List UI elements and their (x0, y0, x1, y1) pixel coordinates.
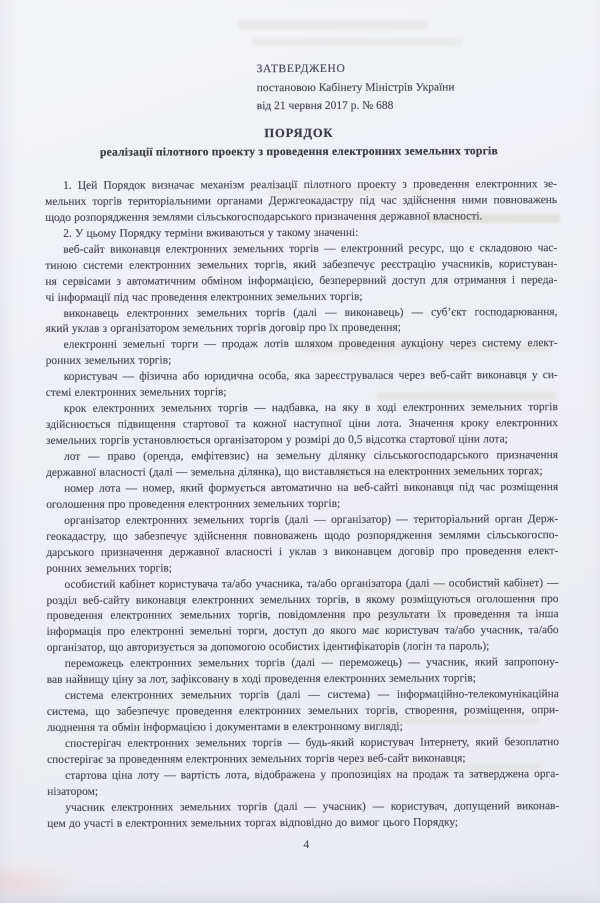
text-line: оголошення про проведення електронних зе… (46, 496, 558, 514)
text-line: виконавець електронних земельних торгів … (45, 305, 557, 323)
text-line: щодо розпорядження землями сільськогоспо… (45, 209, 557, 227)
text-line: переможець електронних земельних торгів … (47, 655, 559, 673)
text-line: учасник електронних земельних торгів (да… (47, 799, 559, 817)
paragraph: особистий кабінет користувача та/або уча… (46, 576, 558, 657)
text-line: ронних земельних торгів; (46, 352, 558, 370)
text-line: лот — право (оренда, емфітевзис) на земе… (46, 448, 558, 466)
text-line: 1. Цей Порядок визначає механізм реаліза… (45, 177, 557, 195)
paragraph: учасник електронних земельних торгів (да… (47, 799, 559, 833)
document-body: 1. Цей Порядок визначає механізм реаліза… (45, 177, 559, 832)
text-line: спостерігач електронних земельних торгів… (47, 735, 559, 753)
paragraph: організатор електронних земельних торгів… (46, 512, 558, 578)
document-subtitle: реалізації пілотного проекту з проведенн… (0, 144, 599, 159)
paragraph: виконавець електронних земельних торгів … (45, 305, 557, 339)
text-line: стартова ціна лоту — вартість лота, відо… (47, 767, 559, 785)
text-line: організатор електронних земельних торгів… (46, 512, 558, 530)
paragraph: лот — право (оренда, емфітевзис) на земе… (46, 448, 558, 482)
approval-date-number: від 21 червня 2017 р. № 688 (257, 96, 557, 116)
text-line: земельних торгів установлюється організа… (46, 432, 558, 450)
text-line: система електронних земельних торгів (да… (47, 687, 559, 705)
approval-word: ЗАТВЕРДЖЕНО (257, 59, 557, 79)
text-line: геокадастру, що забезпечує здійснення по… (46, 528, 558, 546)
text-line: 2. У цьому Порядку терміни вживаються у … (45, 225, 557, 243)
text-line: стемі електронних земельних торгів; (46, 384, 558, 402)
text-line: вав найвищу ціну за лот, зафіксовану в х… (47, 671, 559, 689)
paragraph: номер лота — номер, який формується авто… (46, 480, 558, 514)
text-line: цем до участі в електронних земельних то… (47, 815, 559, 833)
scanned-content: ЗАТВЕРДЖЕНО постановою Кабінету Міністрі… (0, 0, 600, 903)
text-line: який уклав з організатором земельних тор… (46, 321, 558, 339)
paragraph: спостерігач електронних земельних торгів… (47, 735, 559, 769)
text-line: ня сервісами з автоматичним обміном інфо… (45, 273, 557, 291)
text-line: організатор, що авторизується за допомог… (47, 639, 559, 657)
paragraph: 2. У цьому Порядку терміни вживаються у … (45, 225, 557, 243)
text-line: дарського призначення державної власност… (46, 544, 558, 562)
text-line: крок електронних земельних торгів — надб… (46, 400, 558, 418)
paragraph: крок електронних земельних торгів — надб… (46, 400, 558, 450)
paragraph: веб-сайт виконавця електронних земельних… (45, 241, 557, 307)
paragraph: електронні земельні торги — продаж лотів… (46, 337, 558, 371)
text-line: користувач — фізична або юридична особа,… (46, 368, 558, 386)
text-line: система, що забезпечує проведення електр… (47, 703, 559, 721)
text-line: інформація про електронні земельні торги… (47, 624, 559, 642)
paragraph: переможець електронних земельних торгів … (47, 655, 559, 689)
text-line: тиною системи електронних земельних торг… (45, 257, 557, 275)
paragraph: 1. Цей Порядок визначає механізм реаліза… (45, 177, 557, 227)
text-line: особистий кабінет користувача та/або уча… (46, 576, 558, 594)
paragraph: система електронних земельних торгів (да… (47, 687, 559, 737)
text-line: чі інформації під час проведення електро… (45, 289, 557, 307)
text-line: веб-сайт виконавця електронних земельних… (45, 241, 557, 259)
paragraph: користувач — фізична або юридична особа,… (46, 368, 558, 402)
approval-authority: постановою Кабінету Міністрів України (257, 78, 557, 98)
text-line: розділ веб-сайту виконавця електронних з… (46, 592, 558, 610)
text-line: спостерігає за проведенням електронних з… (47, 751, 559, 769)
text-line: номер лота — номер, який формується авто… (46, 480, 558, 498)
page-number: 4 (1, 838, 600, 852)
approval-block: ЗАТВЕРДЖЕНО постановою Кабінету Міністрі… (257, 59, 557, 116)
text-line: державної власності (далі — земельна діл… (46, 464, 558, 482)
text-line: люднення та обмін інформацією і документ… (47, 719, 559, 737)
scanned-document-page: ЗАТВЕРДЖЕНО постановою Кабінету Міністрі… (0, 0, 600, 903)
paragraph: стартова ціна лоту — вартість лота, відо… (47, 767, 559, 801)
text-line: нізатором; (47, 783, 559, 801)
text-line: мельних торгів територіальними органами … (45, 193, 557, 211)
text-line: електронні земельні торги — продаж лотів… (46, 337, 558, 355)
document-title: ПОРЯДОК (0, 125, 599, 142)
text-line: здійснюється підвищення стартової та кож… (46, 416, 558, 434)
text-line: ронних земельних торгів; (46, 560, 558, 578)
text-line: проведення електронних земельних торгів,… (47, 608, 559, 626)
